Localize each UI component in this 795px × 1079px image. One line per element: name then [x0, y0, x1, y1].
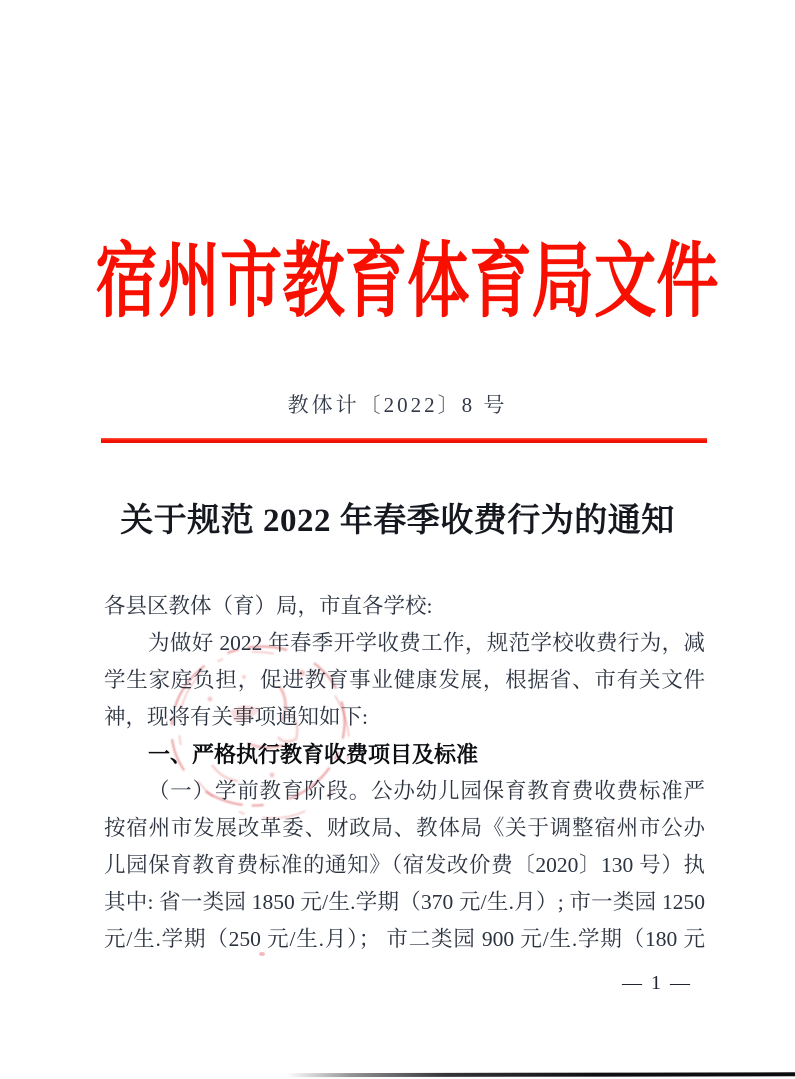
- scan-edge-artifact: [0, 1072, 795, 1077]
- notice-document-page: 宿州市教育体育局文件 教体计〔2022〕8 号 关于规范 2022 年春季收费行…: [0, 0, 795, 1079]
- body-line: 神，现将有关事项通知如下:: [104, 699, 705, 736]
- letterhead-divider-rule: [101, 438, 707, 443]
- salutation-line: 各县区教体（育）局，市直各学校:: [104, 588, 705, 625]
- body-line: 其中: 省一类园 1850 元/生.学期（370 元/生.月）; 市一类园 12…: [104, 884, 705, 921]
- page-number: — 1 —: [622, 970, 692, 996]
- notice-body: 各县区教体（育）局，市直各学校: 为做好 2022 年春季开学收费工作，规范学校…: [104, 588, 705, 958]
- body-line: 学生家庭负担，促进教育事业健康发展，根据省、市有关文件精: [104, 662, 705, 699]
- body-line: 按宿州市发展改革委、财政局、教体局《关于调整宿州市公办幼: [104, 810, 705, 847]
- agency-letterhead-title: 宿州市教育体育局文件: [95, 237, 699, 327]
- body-line: 儿园保育教育费标准的通知》（宿发改价费〔2020〕130 号）执行，: [104, 847, 705, 884]
- section-heading: 一、严格执行教育收费项目及标准: [104, 736, 705, 773]
- body-line: 为做好 2022 年春季开学收费工作，规范学校收费行为，减轻: [104, 625, 705, 662]
- body-line: 元/生.学期（250 元/生.月）； 市二类园 900 元/生.学期（180 元: [104, 921, 705, 958]
- document-reference-number: 教体计〔2022〕8 号: [0, 391, 795, 419]
- notice-title: 关于规范 2022 年春季收费行为的通知: [0, 499, 795, 543]
- body-line: （一）学前教育阶段。公办幼儿园保育教育费收费标准严格: [104, 773, 705, 810]
